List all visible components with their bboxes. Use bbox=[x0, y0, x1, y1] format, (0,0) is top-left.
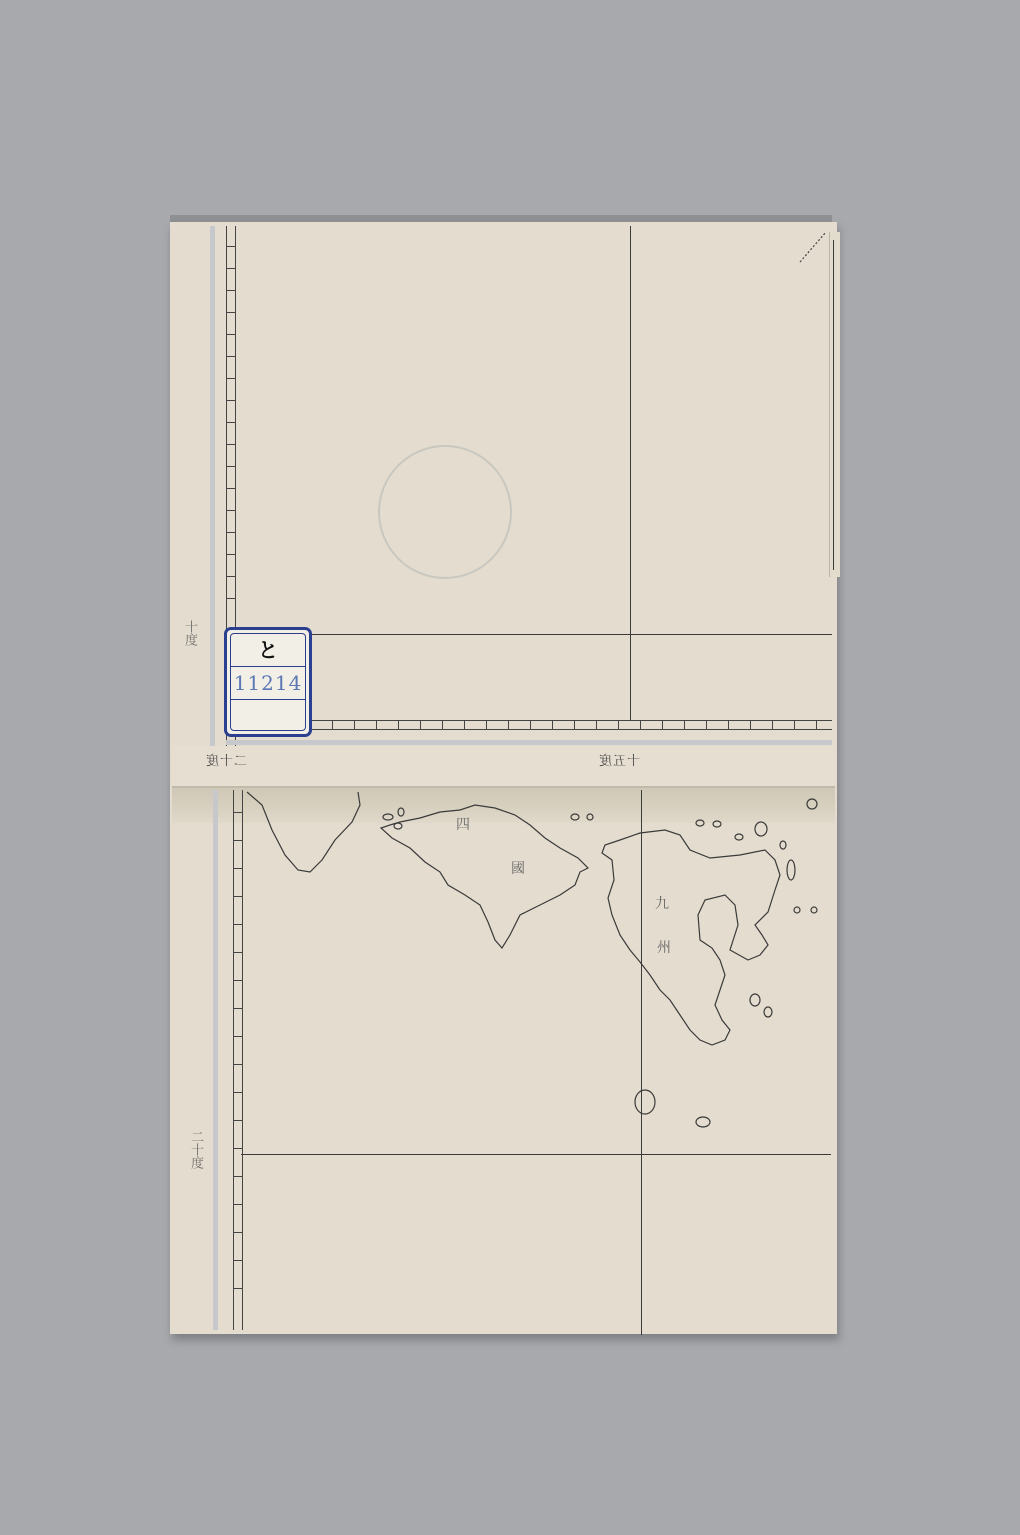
coastline-drawing bbox=[0, 0, 1020, 1535]
label-kyushu-1: 九 bbox=[655, 893, 669, 913]
kyushu-coast bbox=[602, 830, 780, 1045]
label-shikoku-2: 國 bbox=[511, 858, 525, 878]
label-kyushu-2: 州 bbox=[657, 937, 671, 957]
label-shikoku-1: 四 bbox=[456, 814, 470, 834]
shikoku-coast bbox=[381, 805, 588, 948]
honshu-coast bbox=[247, 792, 360, 872]
